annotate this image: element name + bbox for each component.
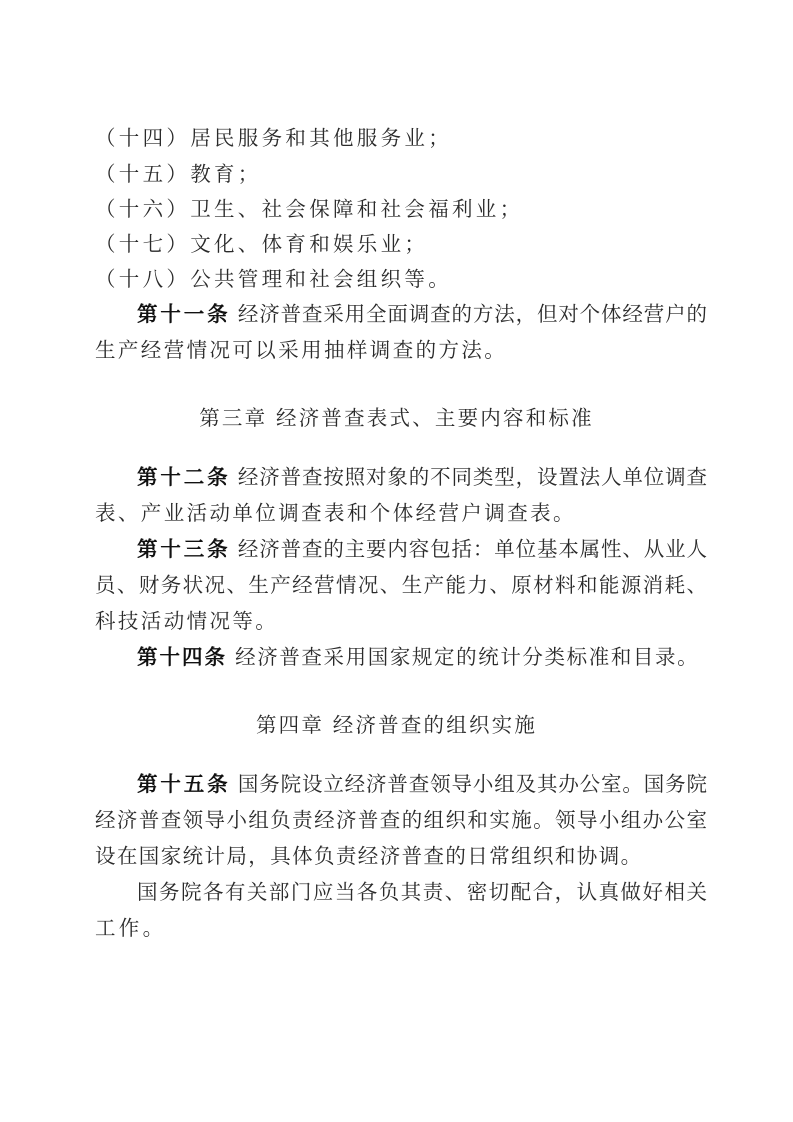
article-text: 设在国家统计局，具体负责经济普查的日常组织和协调。: [95, 842, 707, 870]
article-11-paragraph: 第十一条 经济普查采用全面调查的方法，但对个体经营户的: [137, 300, 707, 328]
article-15-paragraph: 第十五条 国务院设立经济普查领导小组及其办公室。国务院: [137, 770, 707, 798]
article-text: 科技活动情况等。: [95, 607, 707, 635]
article-text: 表、产业活动单位调查表和个体经营户调查表。: [95, 499, 707, 527]
article-text: 经济普查采用国家规定的统计分类标准和目录。: [235, 645, 699, 669]
article-text: 经济普查领导小组负责经济普查的组织和实施。领导小组办公室: [95, 806, 707, 834]
article-text: 经济普查采用全面调查的方法，但对个体经营户的: [238, 302, 707, 326]
list-item: （十五）教育；: [95, 160, 707, 188]
article-heading: 第十一条: [137, 302, 230, 326]
list-item: （十四）居民服务和其他服务业；: [95, 124, 707, 152]
list-item: （十七）文化、体育和娱乐业；: [95, 230, 707, 258]
article-text: 国务院设立经济普查领导小组及其办公室。国务院: [238, 772, 707, 796]
chapter-title: 第四章 经济普查的组织实施: [0, 711, 793, 739]
article-text: 经济普查按照对象的不同类型，设置法人单位调查: [238, 465, 707, 489]
chapter-title: 第三章 经济普查表式、主要内容和标准: [0, 404, 793, 432]
list-item: （十六）卫生、社会保障和社会福利业；: [95, 195, 707, 223]
article-heading: 第十四条: [137, 645, 227, 669]
article-text: 员、财务状况、生产经营情况、生产能力、原材料和能源消耗、: [95, 571, 707, 599]
article-text: 国务院各有关部门应当各负其责、密切配合，认真做好相关: [137, 878, 707, 906]
article-14-paragraph: 第十四条 经济普查采用国家规定的统计分类标准和目录。: [137, 643, 707, 671]
article-text: 生产经营情况可以采用抽样调查的方法。: [95, 336, 707, 364]
article-heading: 第十二条: [137, 465, 230, 489]
article-text: 工作。: [95, 914, 707, 942]
article-text: 经济普查的主要内容包括：单位基本属性、从业人: [238, 537, 707, 561]
article-heading: 第十三条: [137, 537, 230, 561]
list-item: （十八）公共管理和社会组织等。: [95, 265, 707, 293]
article-heading: 第十五条: [137, 772, 230, 796]
article-12-paragraph: 第十二条 经济普查按照对象的不同类型，设置法人单位调查: [137, 463, 707, 491]
document-page: （十四）居民服务和其他服务业； （十五）教育； （十六）卫生、社会保障和社会福利…: [0, 0, 793, 1122]
article-13-paragraph: 第十三条 经济普查的主要内容包括：单位基本属性、从业人: [137, 535, 707, 563]
